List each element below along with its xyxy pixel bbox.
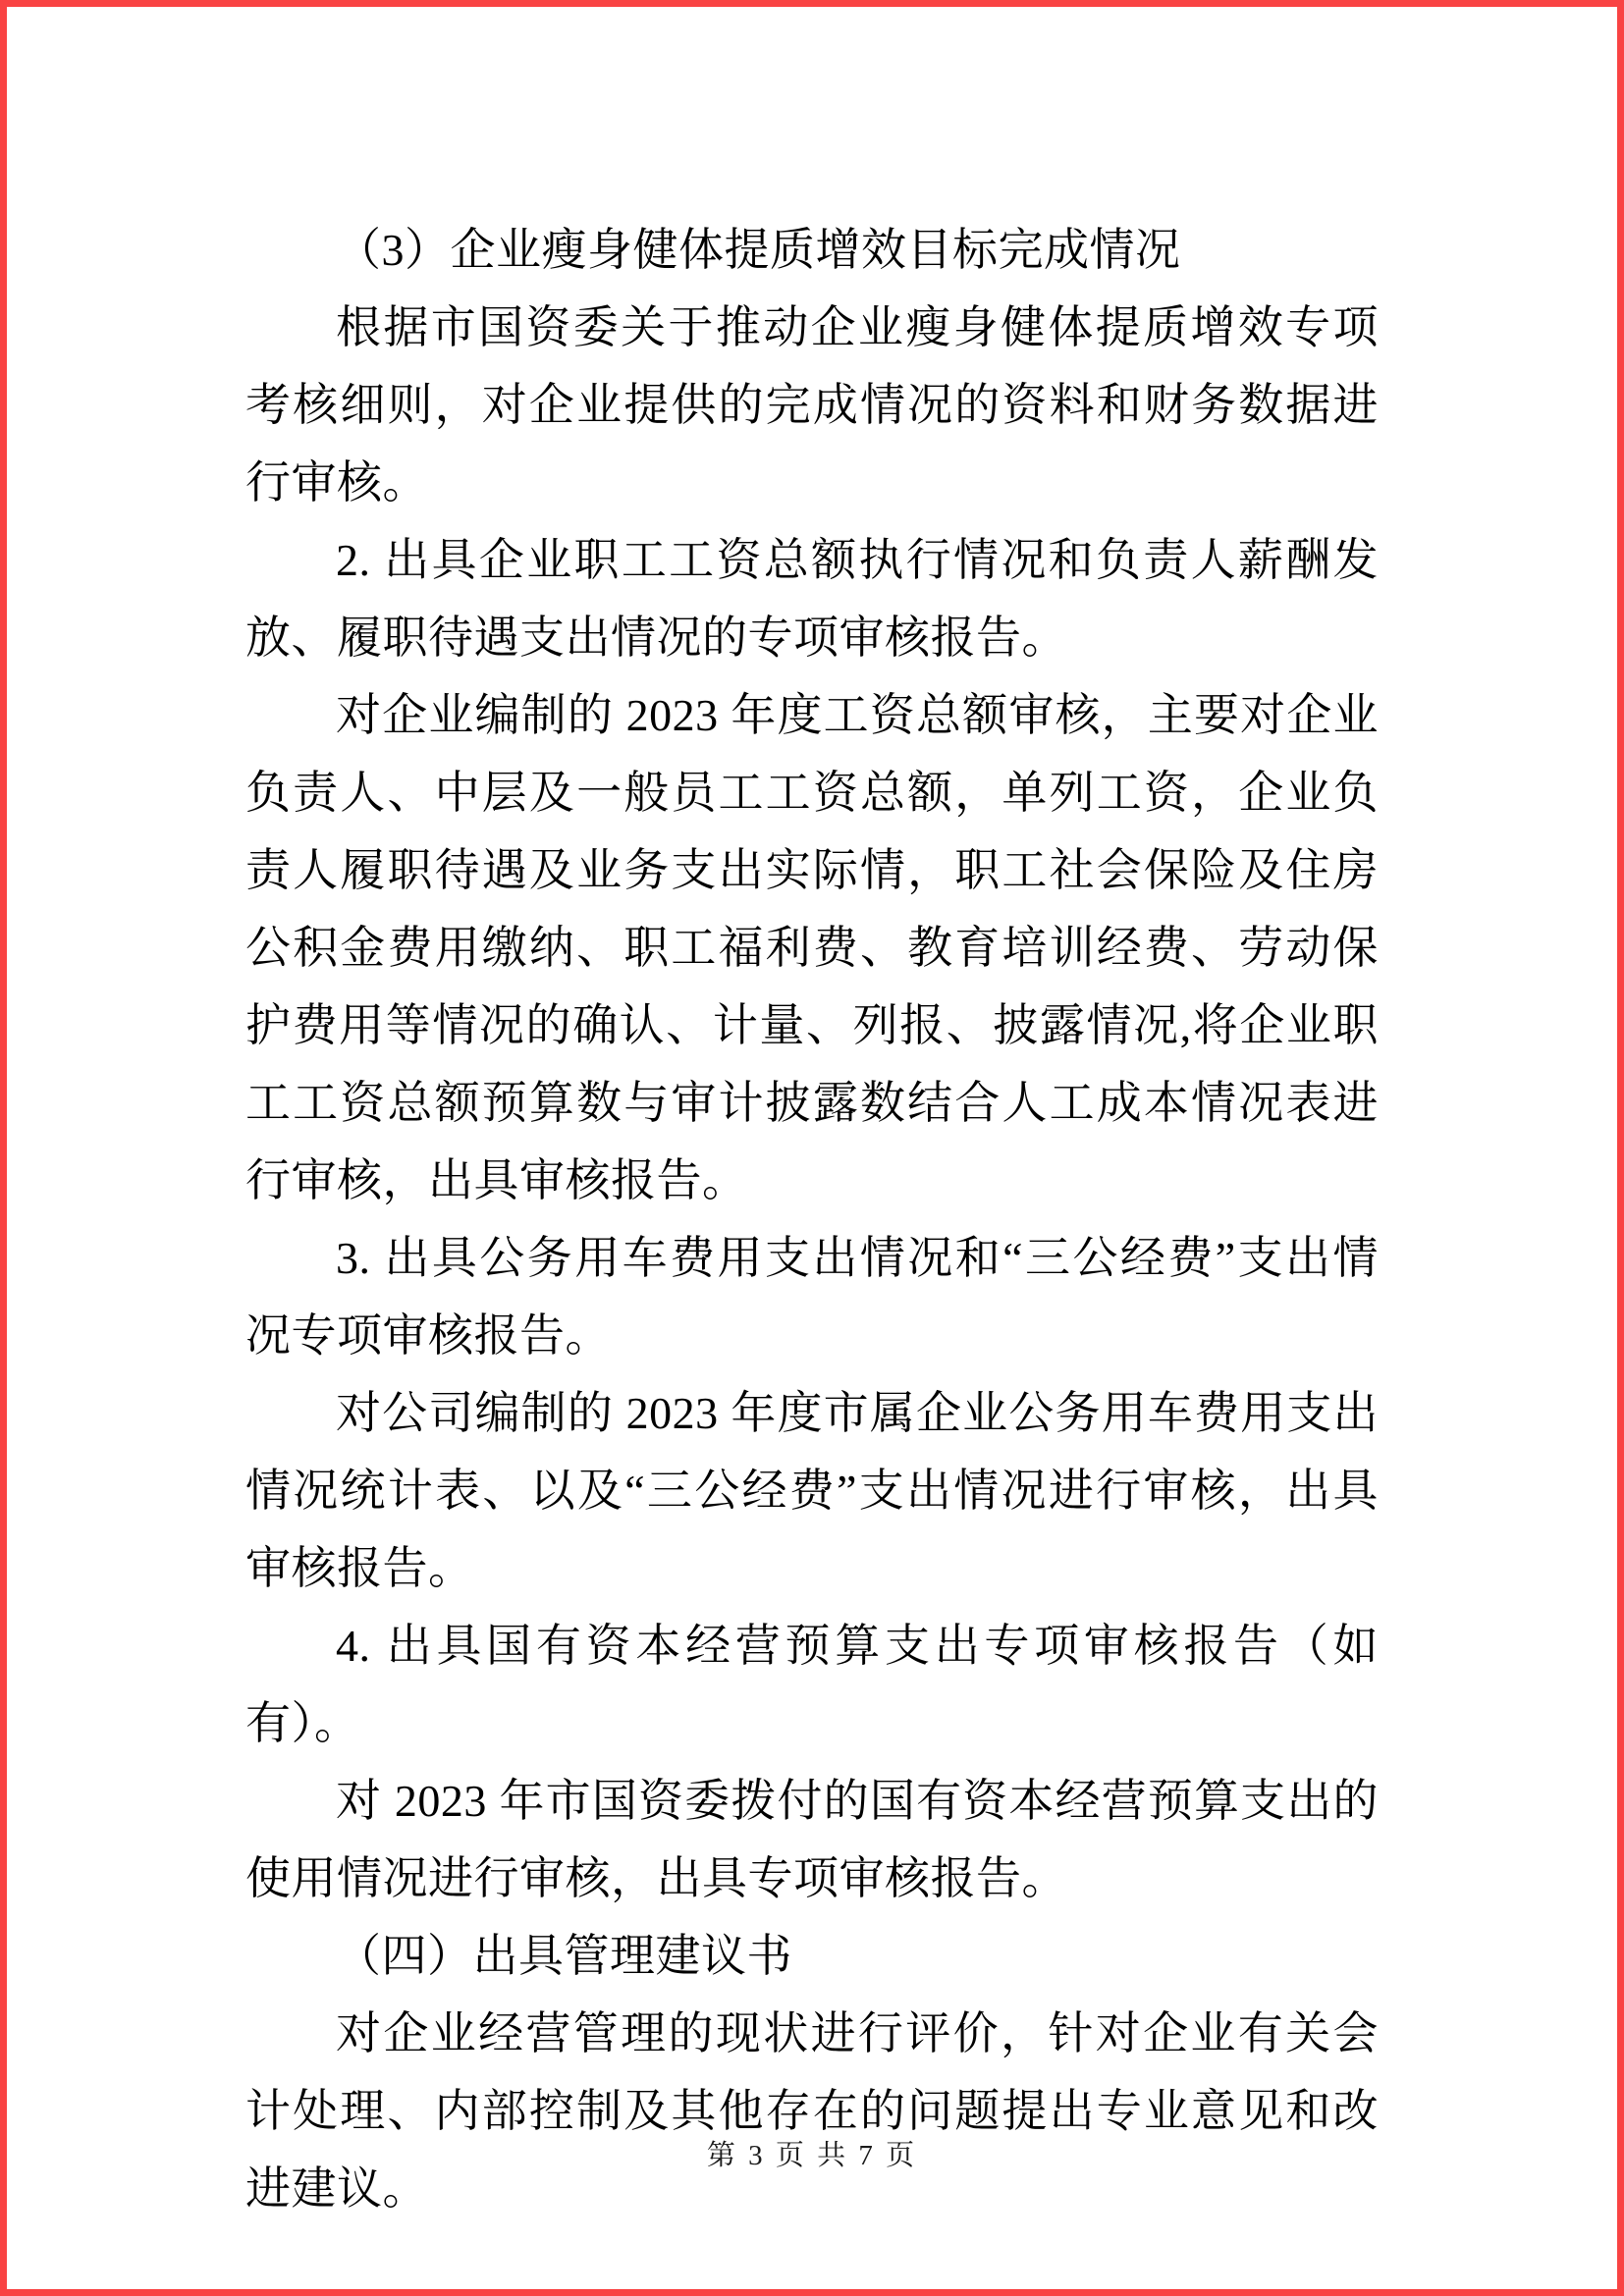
- paragraph: 2. 出具企业职工工资总额执行情况和负责人薪酬发放、履职待遇支出情况的专项审核报…: [245, 521, 1379, 676]
- paragraph: （四）出具管理建议书: [245, 1917, 1379, 1995]
- paragraph: 对 2023 年市国资委拨付的国有资本经营预算支出的使用情况进行审核，出具专项审…: [245, 1762, 1379, 1917]
- page-number-text: 第 3 页 共 7 页: [707, 2140, 917, 2171]
- document-body: （3）企业瘦身健体提质增效目标完成情况根据市国资委关于推动企业瘦身健体提质增效专…: [245, 211, 1379, 2227]
- paragraph: 3. 出具公务用车费用支出情况和“三公经费”支出情况专项审核报告。: [245, 1219, 1379, 1374]
- paragraph: 对公司编制的 2023 年度市属企业公务用车费用支出情况统计表、以及“三公经费”…: [245, 1374, 1379, 1607]
- paragraph: 对企业经营管理的现状进行评价，针对企业有关会计处理、内部控制及其他存在的问题提出…: [245, 1995, 1379, 2227]
- page-footer: 第 3 页 共 7 页: [7, 2133, 1617, 2173]
- paragraph: 根据市国资委关于推动企业瘦身健体提质增效专项考核细则，对企业提供的完成情况的资料…: [245, 289, 1379, 521]
- paragraph: （3）企业瘦身健体提质增效目标完成情况: [245, 211, 1379, 289]
- paragraph: 对企业编制的 2023 年度工资总额审核，主要对企业负责人、中层及一般员工工资总…: [245, 676, 1379, 1219]
- paragraph: 4. 出具国有资本经营预算支出专项审核报告（如有）。: [245, 1607, 1379, 1762]
- document-page: （3）企业瘦身健体提质增效目标完成情况根据市国资委关于推动企业瘦身健体提质增效专…: [0, 0, 1624, 2296]
